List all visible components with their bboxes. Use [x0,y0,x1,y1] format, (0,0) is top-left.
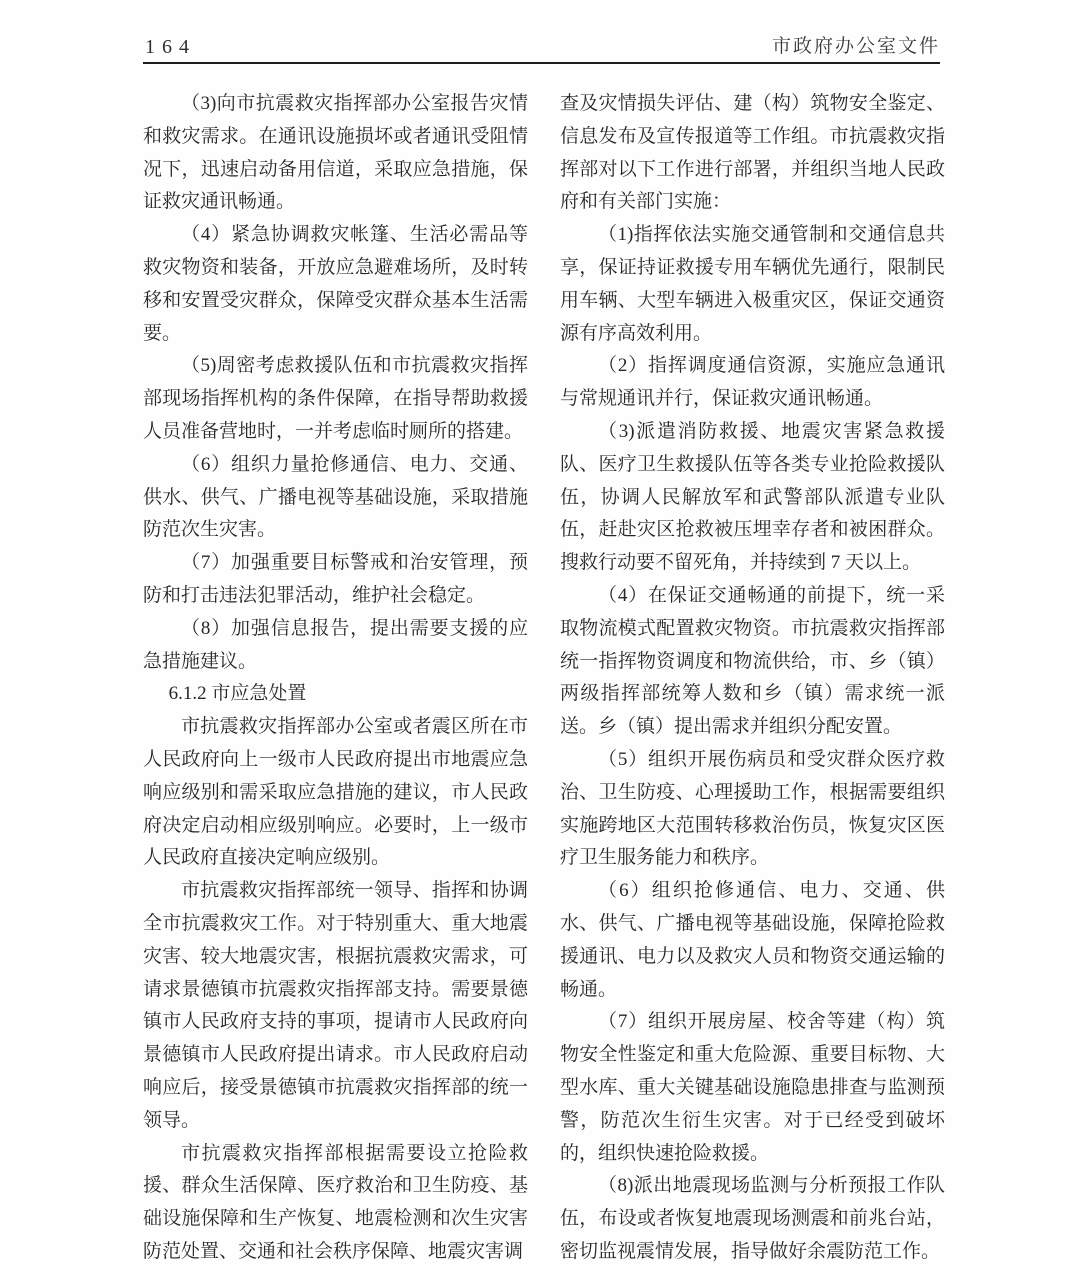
header-rule [143,62,940,64]
header-title: 市政府办公室文件 [772,31,940,58]
paragraph: （4）紧急协调救灾帐篷、生活必需品等救灾物资和装备，开放应急避难场所，及时转移和… [143,219,528,350]
paragraph: （5)周密考虑救援队伍和市抗震救灾指挥部现场指挥机构的条件保障，在指导帮助救援人… [143,350,528,448]
page-number: 164 [145,36,196,59]
paragraph: 市抗震救灾指挥部办公室或者震区所在市人民政府向上一级市人民政府提出市地震应急响应… [143,711,528,875]
paragraph: （8）加强信息报告，提出需要支援的应急措施建议。 [143,613,528,679]
paragraph: 查及灾情损失评估、建（构）筑物安全鉴定、信息发布及宣传报道等工作组。市抗震救灾指… [560,88,945,219]
paragraph: （3)派遣消防救援、地震灾害紧急救援队、医疗卫生救援队伍等各类专业抢险救援队伍，… [560,416,945,580]
document-page: 164 市政府办公室文件 （3)向市抗震救灾指挥部办公室报告灾情和救灾需求。在通… [0,0,1074,1269]
paragraph: （4）在保证交通畅通的前提下，统一采取物流模式配置救灾物资。市抗震救灾指挥部统一… [560,580,945,744]
paragraph: （3)向市抗震救灾指挥部办公室报告灾情和救灾需求。在通讯设施损坏或者通讯受阻情况… [143,88,528,219]
paragraph: （6）组织力量抢修通信、电力、交通、供水、供气、广播电视等基础设施，采取措施防范… [143,449,528,547]
body-columns: （3)向市抗震救灾指挥部办公室报告灾情和救灾需求。在通讯设施损坏或者通讯受阻情况… [143,88,945,1269]
paragraph: （6）组织抢修通信、电力、交通、供水、供气、广播电视等基础设施，保障抢险救援通讯… [560,875,945,1006]
section-heading: 6.1.2 市应急处置 [143,678,528,711]
paragraph: 市抗震救灾指挥部根据需要设立抢险救援、群众生活保障、医疗救治和卫生防疫、基础设施… [143,1138,528,1269]
paragraph: （1)指挥依法实施交通管制和交通信息共享，保证持证救援专用车辆优先通行，限制民用… [560,219,945,350]
paragraph: （7）加强重要目标警戒和治安管理，预防和打击违法犯罪活动，维护社会稳定。 [143,547,528,613]
paragraph: （8)派出地震现场监测与分析预报工作队伍，布设或者恢复地震现场测震和前兆台站，密… [560,1170,945,1268]
paragraph: （7）组织开展房屋、校舍等建（构）筑物安全性鉴定和重大危险源、重要目标物、大型水… [560,1006,945,1170]
paragraph: （5）组织开展伤病员和受灾群众医疗救治、卫生防疫、心理援助工作，根据需要组织实施… [560,744,945,875]
paragraph: （2）指挥调度通信资源，实施应急通讯与常规通讯并行，保证救灾通讯畅通。 [560,350,945,416]
right-column: 查及灾情损失评估、建（构）筑物安全鉴定、信息发布及宣传报道等工作组。市抗震救灾指… [560,88,945,1269]
paragraph: 市抗震救灾指挥部统一领导、指挥和协调全市抗震救灾工作。对于特别重大、重大地震灾害… [143,875,528,1137]
left-column: （3)向市抗震救灾指挥部办公室报告灾情和救灾需求。在通讯设施损坏或者通讯受阻情况… [143,88,528,1269]
